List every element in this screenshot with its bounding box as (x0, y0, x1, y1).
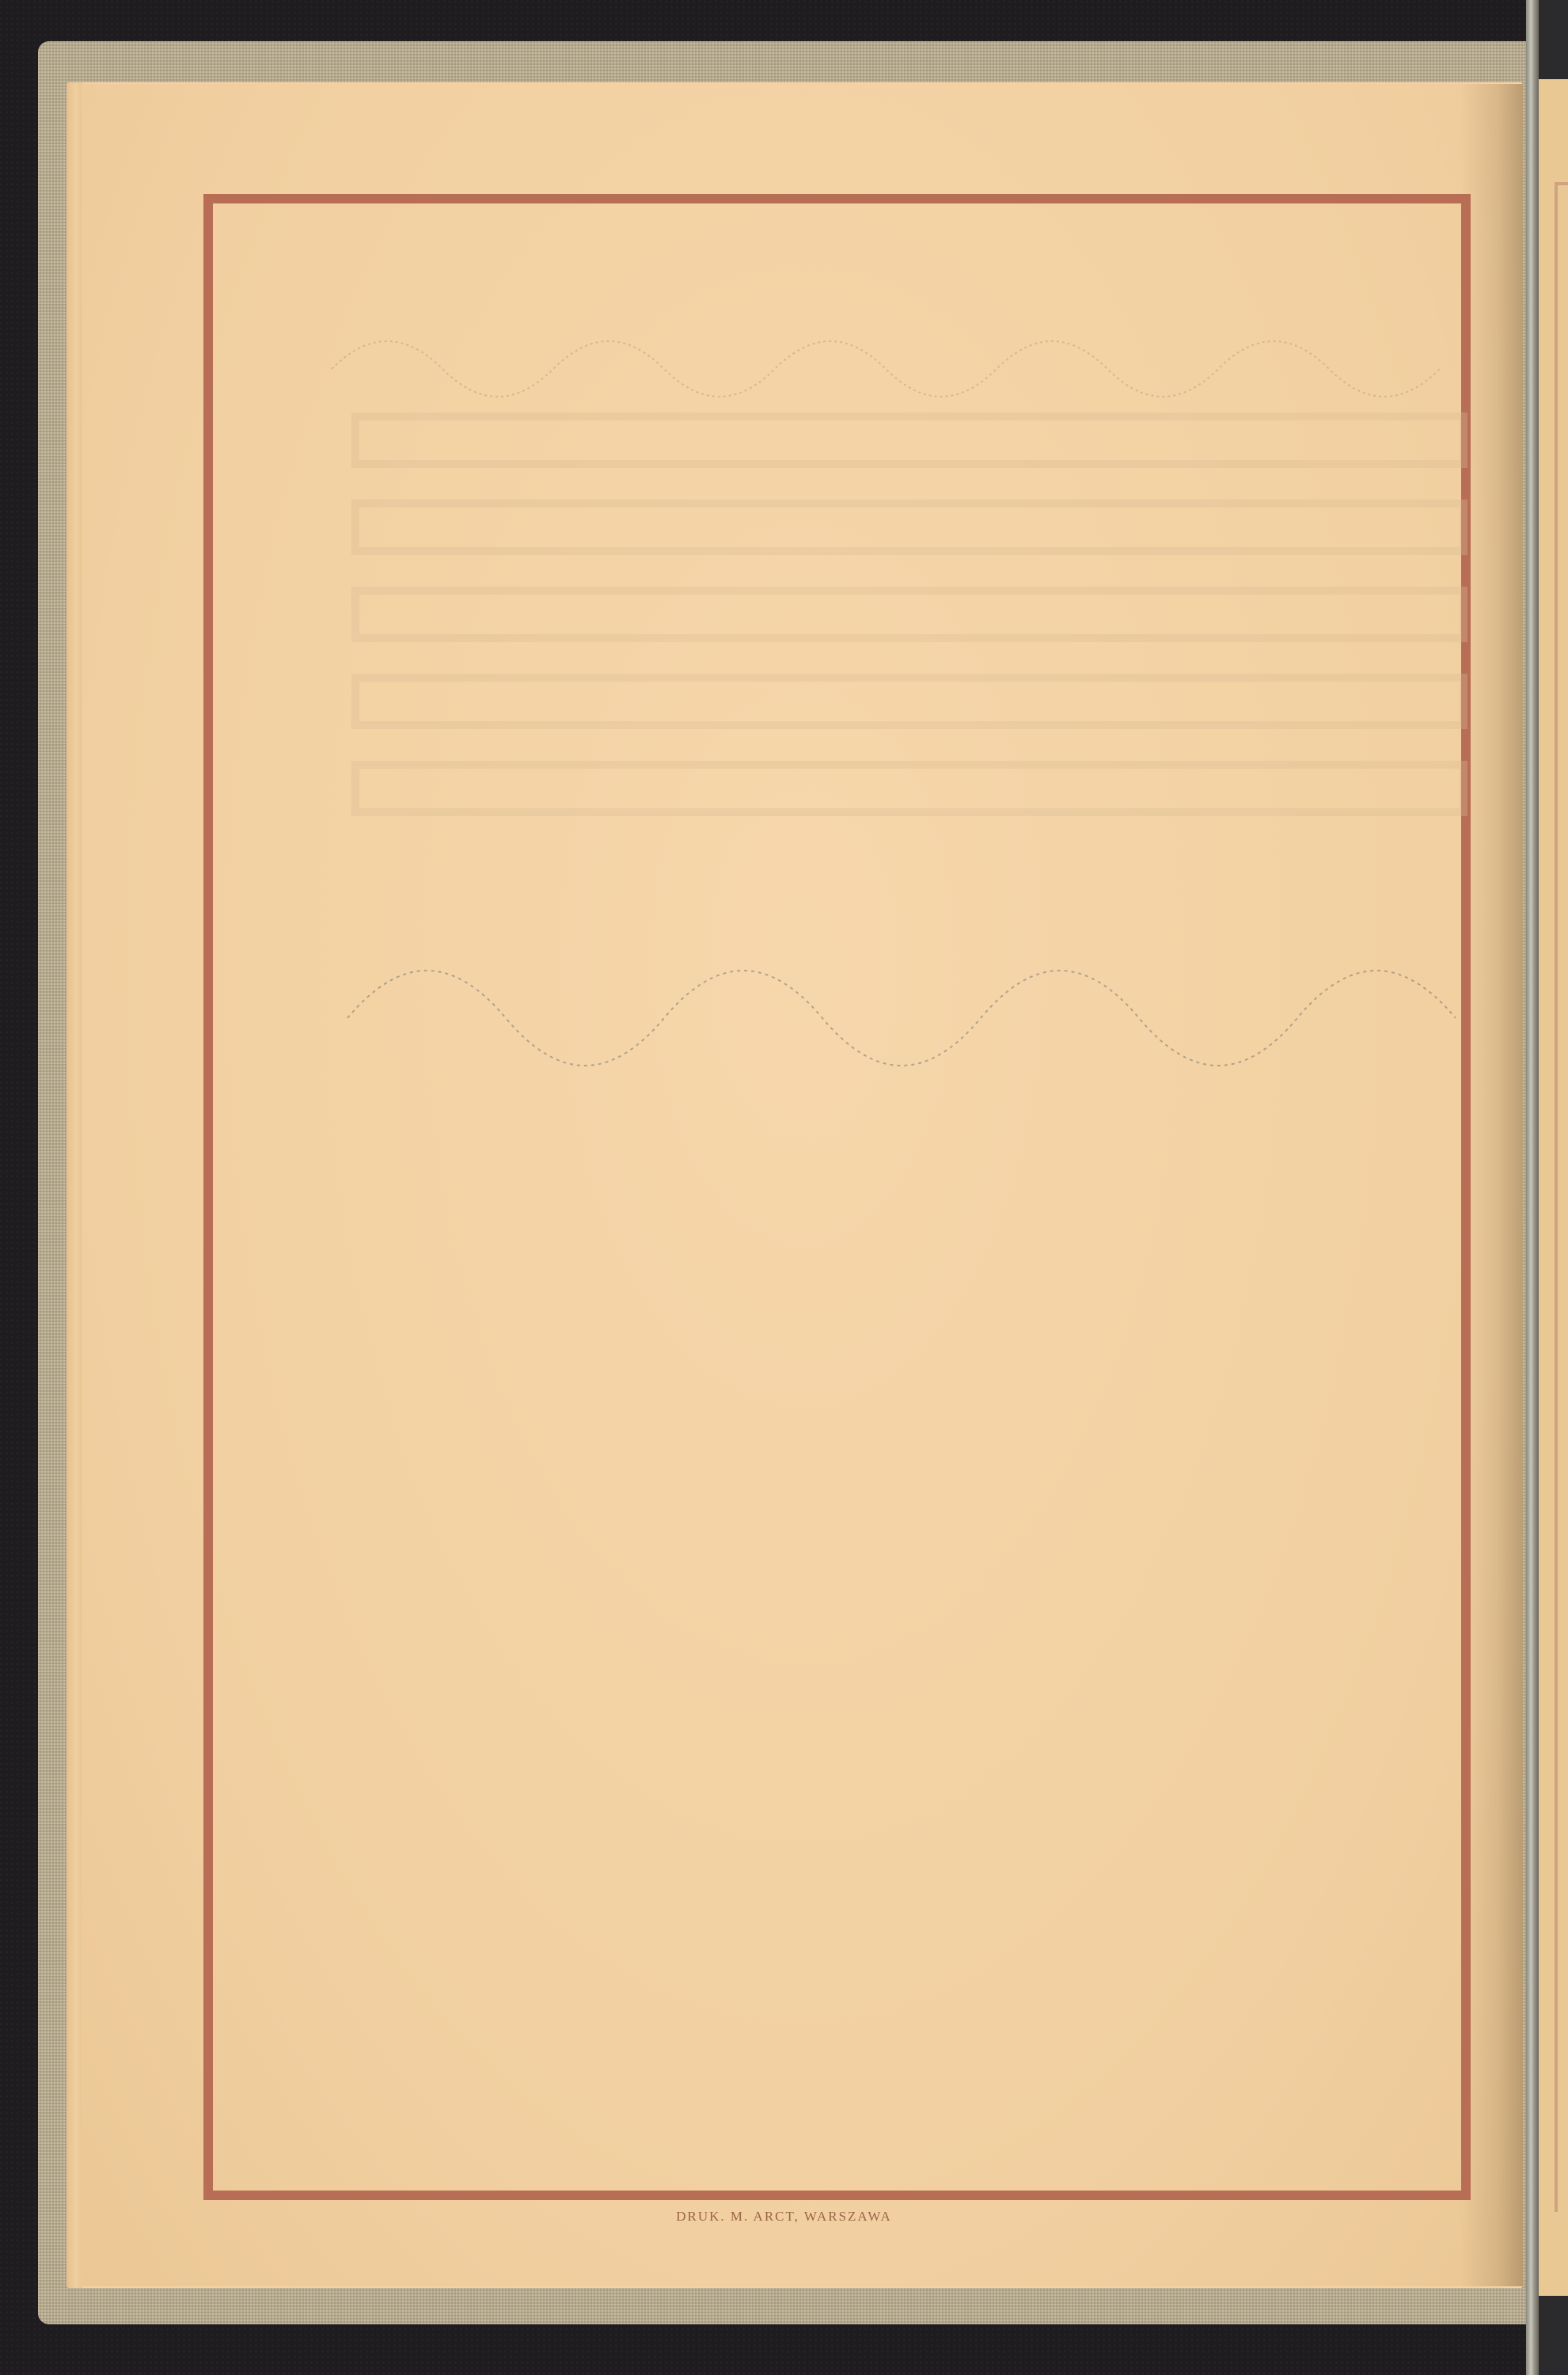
wavy-ornament-bottom (347, 971, 1456, 1066)
book-page (82, 84, 1523, 2286)
next-page-bottom-shadow (1539, 2296, 1568, 2375)
book-spine-edge (1526, 0, 1539, 2375)
facing-page-frame (1555, 182, 1568, 2212)
next-page-top-shadow (1539, 0, 1568, 79)
printer-imprint: DRUK. M. ARCT, WARSZAWA (0, 2209, 1568, 2225)
show-through-ornaments (324, 321, 1495, 1081)
wavy-ornament-top (332, 341, 1440, 397)
facing-page-edge (1539, 79, 1568, 2296)
